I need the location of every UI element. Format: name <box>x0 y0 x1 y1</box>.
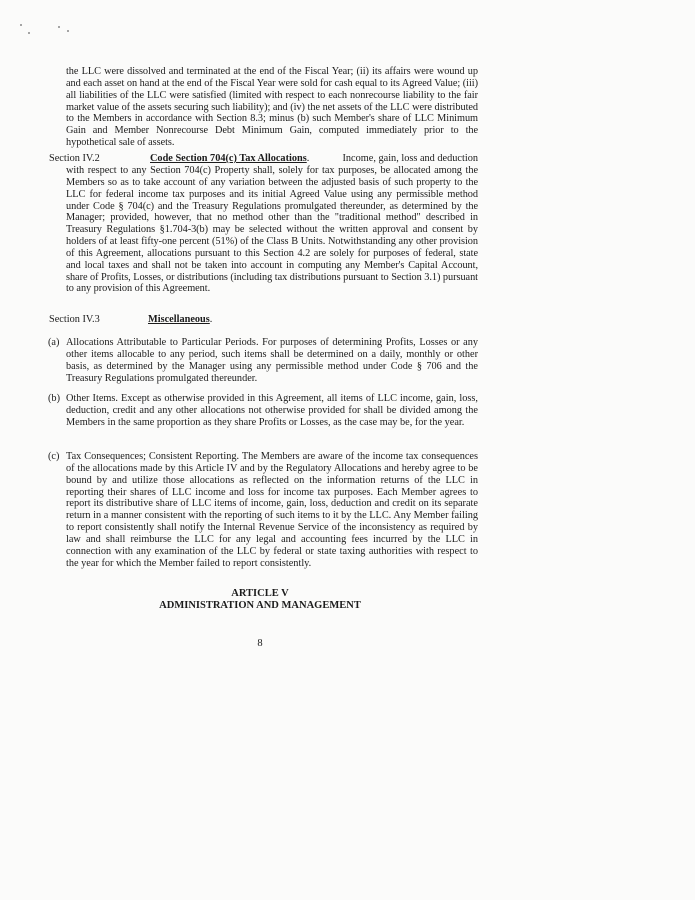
item-marker: (b) <box>48 393 60 405</box>
item-text: Other Items. Except as otherwise provide… <box>66 393 478 428</box>
title-punct: . <box>307 153 310 164</box>
section-4-3-title: Miscellaneous <box>148 314 210 325</box>
scan-speck <box>58 26 60 28</box>
continuation-paragraph: the LLC were dissolved and terminated at… <box>66 66 478 149</box>
section-4-3-label: Section IV.3 <box>49 314 100 326</box>
section-4-2-body: with respect to any Section 704(c) Prope… <box>66 165 478 295</box>
list-item-a: (a) Allocations Attributable to Particul… <box>66 337 478 384</box>
article-number: ARTICLE V <box>0 588 520 600</box>
scan-speck <box>20 24 22 26</box>
list-item-b: (b) Other Items. Except as otherwise pro… <box>66 393 478 429</box>
scan-speck <box>67 30 69 32</box>
item-text: Tax Consequences; Consistent Reporting. … <box>66 451 478 569</box>
section-4-2-label: Section IV.2 <box>49 153 100 165</box>
list-item-c: (c) Tax Consequences; Consistent Reporti… <box>66 451 478 569</box>
page-number: 8 <box>0 638 520 649</box>
item-marker: (c) <box>48 451 59 463</box>
section-4-3-heading: Miscellaneous. <box>148 314 212 326</box>
title-punct: . <box>210 314 213 325</box>
document-page: the LLC were dissolved and terminated at… <box>0 0 695 900</box>
item-text: Allocations Attributable to Particular P… <box>66 337 478 384</box>
article-title: ADMINISTRATION AND MANAGEMENT <box>0 600 520 612</box>
item-marker: (a) <box>48 337 59 349</box>
section-4-2-heading: Code Section 704(c) Tax Allocations. Inc… <box>150 153 478 165</box>
scan-speck <box>28 32 30 34</box>
section-4-2-title: Code Section 704(c) Tax Allocations <box>150 153 307 164</box>
section-4-2-body-first: Income, gain, loss and deduction <box>342 153 478 165</box>
